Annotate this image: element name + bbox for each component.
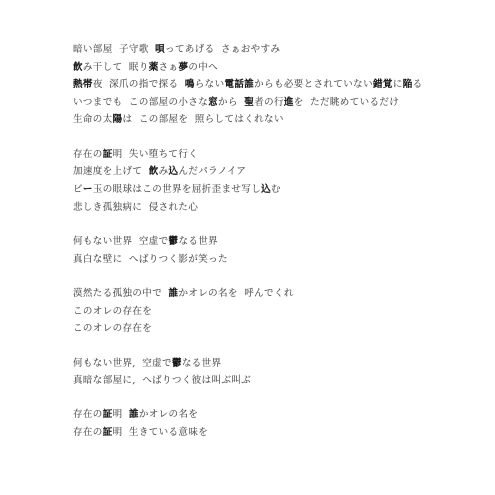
lyric-segment: いつまでも この部屋の小さな (73, 97, 208, 108)
lyric-segment: 真暗な部屋に, へばりつく彼は叫ぶ叫ぶ (73, 375, 251, 386)
lyric-line: 暗い部屋 子守歌 唄ってあげる さぁおやすみ (73, 41, 423, 59)
lyric-segment: に (393, 79, 403, 90)
stanza: 存在の証明 誰かオレの名を存在の証明 生きている意味を (73, 406, 423, 441)
lyric-segment-bold: 鬱 (172, 358, 182, 369)
stanza: 何もない世界, 空虚で鬱なる世界真暗な部屋に, へばりつく彼は叫ぶ叫ぶ (73, 355, 423, 390)
lyric-segment: かオレの名を 呼んでくれ (178, 288, 293, 299)
lyric-segment-bold: 聖 (244, 97, 254, 108)
lyric-segment: 存在の (73, 409, 103, 420)
lyric-line: 存在の証明 誰かオレの名を (73, 406, 423, 424)
lyric-segment-bold: 鳴 (185, 79, 195, 90)
lyric-line: 加速度を上げて 飲み込んだパラノイア (73, 163, 423, 181)
lyric-segment-bold: 陽 (113, 114, 123, 125)
lyric-line: 熱帯夜 深爪の指で探る 鳴らない電話誰からも必要とされていない錯覚に陥る (73, 76, 423, 94)
lyric-segment: ビ (73, 184, 83, 195)
stanza: 何もない世界 空虚で鬱なる世界真白な壁に へばりつく影が笑った (73, 233, 423, 268)
lyric-segment-bold: 陥 (403, 79, 413, 90)
lyric-segment: を ただ眺めているだけ (294, 97, 399, 108)
lyric-line: このオレの存在を (73, 303, 423, 321)
lyric-segment: 者の行 (254, 97, 284, 108)
lyric-segment-bold: 唄 (155, 44, 165, 55)
lyric-segment: 明 (113, 409, 129, 420)
lyric-segment: 加速度を上げて (73, 166, 149, 177)
lyric-segment: さぁ (159, 62, 179, 73)
lyric-segment: 存在の (73, 149, 103, 160)
lyric-segment: ってあげる さぁおやすみ (165, 44, 280, 55)
lyric-line: ビー玉の眼球はこの世界を屈折歪ませ写し込む (73, 181, 423, 199)
lyric-line: いつまでも この部屋の小さな窓から 聖者の行進を ただ眺めているだけ (73, 94, 423, 112)
lyric-segment-bold: 夢 (178, 62, 188, 73)
lyric-line: 悲しき孤独病に 侵された心 (73, 199, 423, 217)
lyric-segment-bold: 鬱 (169, 236, 179, 247)
lyric-segment: このオレの存在を (73, 306, 152, 317)
lyric-segment: んだパラノイア (178, 166, 246, 177)
lyric-segment: かオレの名を (139, 409, 198, 420)
lyric-segment-bold: 飲 (149, 166, 159, 177)
lyric-line: 何もない世界, 空虚で鬱なる世界 (73, 355, 423, 373)
lyric-segment-bold: ー (83, 184, 93, 195)
lyric-segment: 何もない世界 空虚で (73, 236, 169, 247)
lyric-line: 存在の証明 失い堕ちて行く (73, 146, 423, 164)
lyric-segment: 真白な壁に へばりつく影が笑った (73, 254, 228, 265)
lyric-segment: 存在の (73, 427, 103, 438)
lyric-segment-bold: 窓 (208, 97, 218, 108)
lyric-segment: む (271, 184, 281, 195)
lyric-segment: 夜 深爪の指で探る (93, 79, 185, 90)
lyric-segment: 生命の太 (73, 114, 113, 125)
lyric-segment-bold: 証 (103, 149, 113, 160)
lyric-segment: み干して 眠り (83, 62, 149, 73)
lyric-segment-bold: 進 (284, 97, 294, 108)
lyric-line: 飲み干して 眠り薬さぁ夢の中へ (73, 59, 423, 77)
lyric-segment: 漠然たる孤独の中で (73, 288, 169, 299)
lyrics-page: 暗い部屋 子守歌 唄ってあげる さぁおやすみ飲み干して 眠り薬さぁ夢の中へ熱帯夜… (0, 0, 495, 495)
lyric-segment: 玉の眼球はこの世界を屈折歪ませ写し (93, 184, 261, 195)
stanza: 暗い部屋 子守歌 唄ってあげる さぁおやすみ飲み干して 眠り薬さぁ夢の中へ熱帯夜… (73, 41, 423, 129)
lyric-segment: このオレの存在を (73, 323, 152, 334)
lyric-line: 生命の太陽は この部屋を 照らしてはくれない (73, 111, 423, 129)
lyric-segment: 何もない世界, 空虚で (73, 358, 172, 369)
lyric-segment-bold: 薬 (149, 62, 159, 73)
lyric-segment: 明 失い堕ちて行く (113, 149, 199, 160)
lyric-segment: 悲しき孤独病に 侵された心 (73, 202, 198, 213)
lyric-segment: の中へ (188, 62, 218, 73)
lyric-segment-bold: 証 (103, 427, 113, 438)
lyric-segment-bold: 電話誰 (224, 79, 254, 90)
lyric-line: 存在の証明 生きている意味を (73, 424, 423, 442)
lyric-segment: 暗い部屋 子守歌 (73, 44, 155, 55)
lyric-segment: なる世界 (182, 358, 222, 369)
lyric-line: 真白な壁に へばりつく影が笑った (73, 251, 423, 269)
lyric-line: 何もない世界 空虚で鬱なる世界 (73, 233, 423, 251)
lyric-segment: から (218, 97, 244, 108)
lyric-line: このオレの存在を (73, 320, 423, 338)
lyric-segment-bold: 誰 (169, 288, 179, 299)
lyric-segment: らない (195, 79, 225, 90)
lyric-line: 真暗な部屋に, へばりつく彼は叫ぶ叫ぶ (73, 372, 423, 390)
lyric-segment-bold: 錯覚 (373, 79, 393, 90)
lyric-segment-bold: 熱帯 (73, 79, 93, 90)
stanza: 存在の証明 失い堕ちて行く加速度を上げて 飲み込んだパラノイアビー玉の眼球はこの… (73, 146, 423, 216)
lyric-segment: なる世界 (178, 236, 218, 247)
lyric-segment: からも必要とされていない (254, 79, 373, 90)
lyric-segment: は この部屋を 照らしてはくれない (123, 114, 284, 125)
stanza: 漠然たる孤独の中で 誰かオレの名を 呼んでくれこのオレの存在をこのオレの存在を (73, 285, 423, 338)
lyric-segment-bold: 込 (261, 184, 271, 195)
lyrics-text: 暗い部屋 子守歌 唄ってあげる さぁおやすみ飲み干して 眠り薬さぁ夢の中へ熱帯夜… (73, 41, 423, 458)
lyric-segment: る (413, 79, 423, 90)
lyric-segment: 明 生きている意味を (113, 427, 209, 438)
lyric-segment-bold: 飲 (73, 62, 83, 73)
lyric-line: 漠然たる孤独の中で 誰かオレの名を 呼んでくれ (73, 285, 423, 303)
lyric-segment-bold: 込 (169, 166, 179, 177)
lyric-segment-bold: 誰 (129, 409, 139, 420)
lyric-segment: み (159, 166, 169, 177)
lyric-segment-bold: 証 (103, 409, 113, 420)
